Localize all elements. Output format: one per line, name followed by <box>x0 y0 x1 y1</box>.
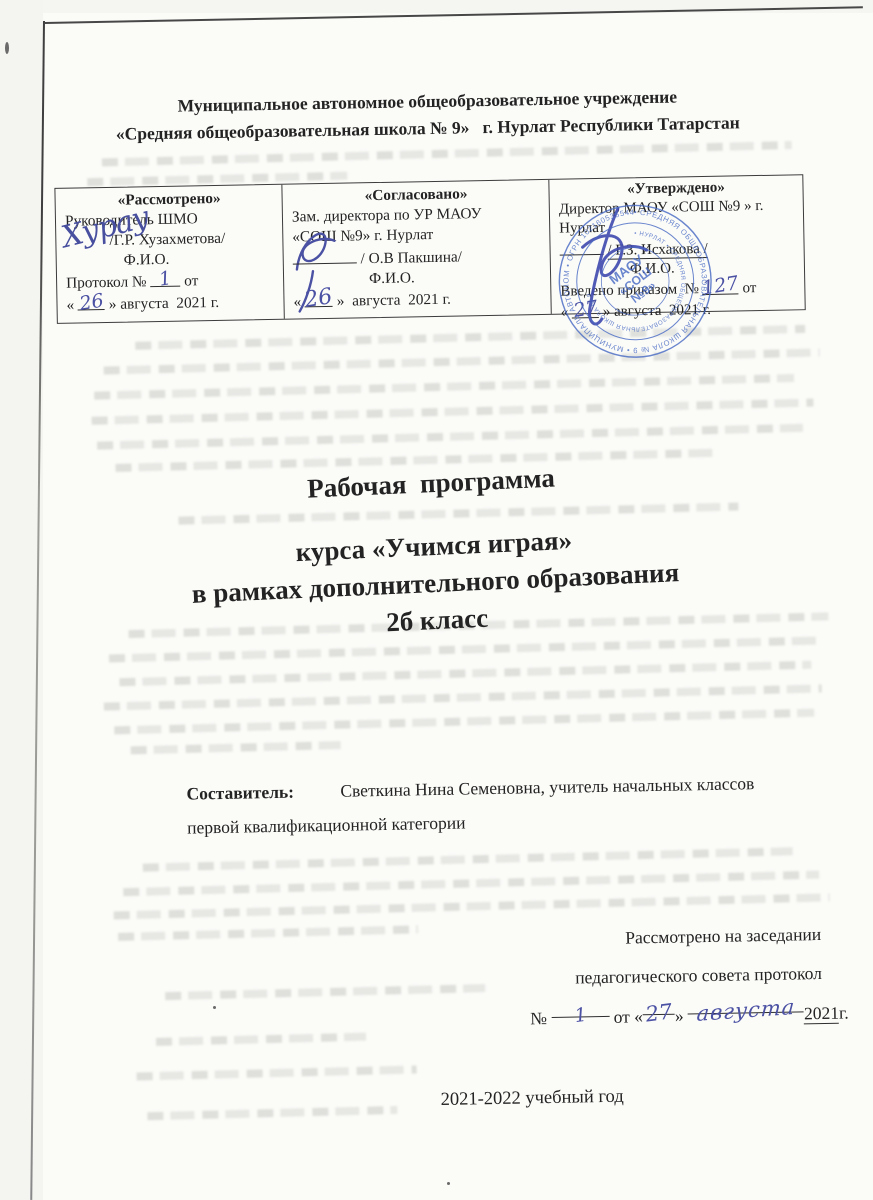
school-stamp-icon: • СРЕДНЯЯ ОБЩЕОБРАЗОВАТЕЛЬНАЯ ШКОЛА № 9 … <box>552 198 719 365</box>
date-day-handwritten: 26 <box>78 290 105 314</box>
council-line-1: Рассмотрено на заседании <box>528 915 821 959</box>
bleed-through-line <box>97 424 803 450</box>
bleed-through-line <box>137 1065 417 1080</box>
quote-open: « <box>66 297 74 314</box>
number-label: № <box>530 1008 547 1028</box>
date-rest: » августа 2021 г. <box>337 291 451 310</box>
council-line-3: № 1 от «27» августа2021г. <box>530 993 849 1039</box>
year-suffix: г. <box>839 1003 849 1023</box>
number-handwritten: 1 <box>572 996 589 1036</box>
document-title: Рабочая программа курса «Учимся играя» в… <box>31 450 838 656</box>
date-day-blank: 26 <box>78 293 105 310</box>
reviewed-name-line: Хурау /Г.Р. Хузахметова/ <box>65 228 274 252</box>
bleed-through-line <box>123 871 819 897</box>
bleed-through-line <box>104 684 822 710</box>
from-label: от <box>184 272 198 289</box>
date-day-blank: 26 <box>305 290 333 308</box>
date-day-handwritten: 26 <box>304 287 335 311</box>
from-label: от « <box>613 1006 643 1027</box>
school-year: 2021-2022 учебный год <box>132 1081 873 1117</box>
author-name: Светкина Нина Семеновна, учитель начальн… <box>340 773 754 801</box>
day-handwritten: 27 <box>643 992 674 1034</box>
bleed-through-line <box>94 374 794 400</box>
month-blank: августа <box>688 993 804 1014</box>
bleed-through-line <box>165 984 485 1000</box>
protocol-label: Протокол № <box>66 273 147 291</box>
bleed-through-line <box>118 925 418 941</box>
reviewed-date-line: « 26 » августа 2021 г. <box>66 290 275 316</box>
agreed-name-line: / О.В Пакшина/ <box>293 243 542 271</box>
bleed-through-line <box>143 847 793 871</box>
document-header: Муниципальное автономное общеобразовател… <box>0 80 865 150</box>
protocol-number-blank: 1 <box>150 270 180 288</box>
bleed-through-line <box>131 741 341 754</box>
quote-close: » <box>675 1006 684 1026</box>
from-label: от <box>742 280 756 296</box>
number-blank: 1 <box>551 998 609 1018</box>
council-note: Рассмотрено на заседании педагогического… <box>528 915 823 1038</box>
bleed-through-line <box>114 893 830 919</box>
month-handwritten: августа <box>695 988 796 1034</box>
approval-cell-agreed: «Согласовано» Зам. директора по УР МАОУ … <box>281 180 550 319</box>
author-block: Составитель: Светкина Нина Семеновна, уч… <box>186 765 835 845</box>
bleed-through-line <box>114 709 814 735</box>
author-label: Составитель: <box>186 782 294 804</box>
page-content: Муниципальное автономное общеобразовател… <box>0 0 873 1200</box>
agreed-name: / О.В Пакшина/ <box>360 248 462 267</box>
agreed-signature-blank <box>293 246 357 264</box>
date-rest: » августа 2021 г. <box>109 294 220 313</box>
bleed-through-line <box>156 1033 366 1046</box>
agreed-date-line: « 26 » августа 2021 г. <box>293 286 542 313</box>
approval-cell-reviewed: «Рассмотрено» Руководитель ШМО Хурау /Г.… <box>55 185 283 323</box>
scanned-document-page: Муниципальное автономное общеобразовател… <box>0 0 873 1200</box>
year: 2021 <box>804 1003 839 1025</box>
day-blank: 27 <box>643 996 675 1016</box>
protocol-number-handwritten: 1 <box>158 268 173 290</box>
quote-open: « <box>293 293 301 310</box>
bleed-through-line <box>119 661 811 687</box>
bleed-through-line <box>92 399 814 425</box>
